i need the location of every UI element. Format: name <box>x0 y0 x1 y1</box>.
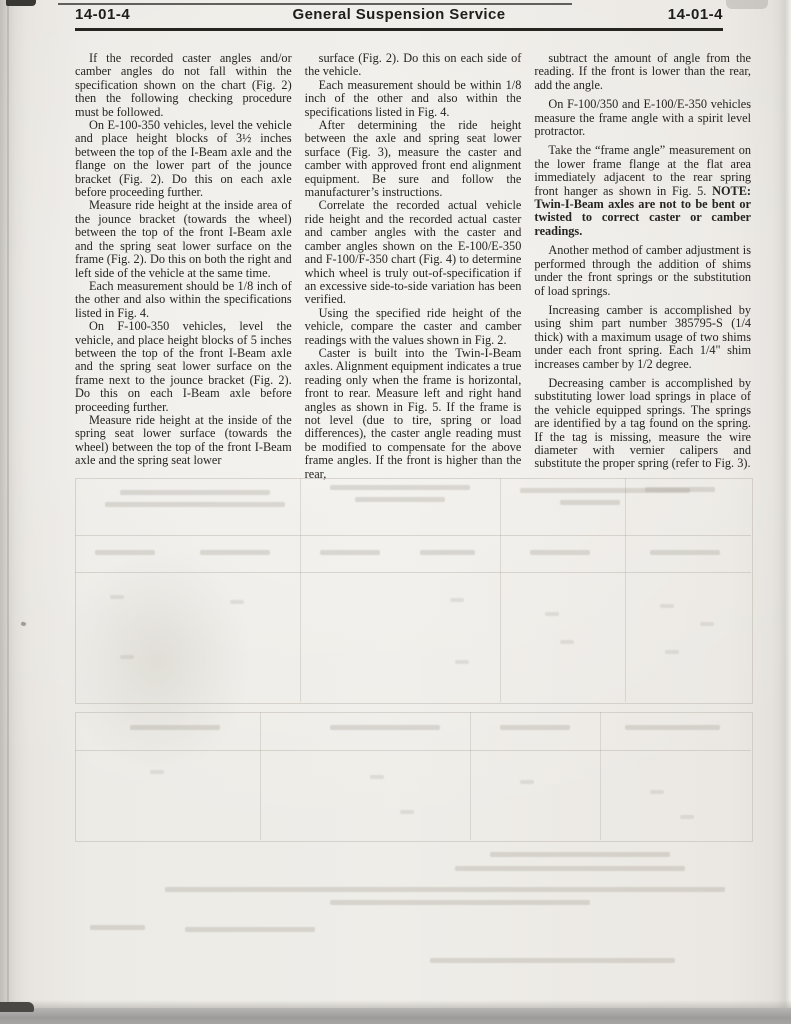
paragraph: On F-100/350 and E-100/E-350 vehicles me… <box>534 98 751 138</box>
scan-left-edge <box>0 0 26 1024</box>
page-bottom-shadow <box>0 1000 791 1008</box>
text-column-1: If the recorded caster angles and/or cam… <box>75 52 292 481</box>
paragraph: Increasing camber is accomplished by usi… <box>534 304 751 371</box>
paragraph: subtract the amount of angle from the re… <box>534 52 751 92</box>
page-number-left: 14-01-4 <box>75 6 130 23</box>
text-column-3: subtract the amount of angle from the re… <box>534 52 751 481</box>
scan-bottom-corner-mark <box>0 1002 34 1012</box>
paragraph: Each measurement should be within 1/8 in… <box>305 79 522 119</box>
note-bold-text: NOTE: Twin-I-Beam axles are not to be be… <box>534 184 751 238</box>
paragraph: On E-100-350 vehicles, level the vehicle… <box>75 119 292 199</box>
scan-right-edge <box>771 0 791 1024</box>
page-title: General Suspension Service <box>293 6 506 23</box>
page-number-right: 14-01-4 <box>668 6 723 23</box>
scan-left-edge-line <box>7 0 9 1024</box>
body-text: If the recorded caster angles and/or cam… <box>75 52 751 481</box>
paragraph: Measure ride height at the inside of the… <box>75 414 292 468</box>
paragraph: Caster is built into the Twin-I-Beam axl… <box>305 347 522 481</box>
paragraph: Take the “frame angle” measurement on th… <box>534 144 751 238</box>
scan-top-right-smudge <box>726 0 768 9</box>
paragraph: If the recorded caster angles and/or cam… <box>75 52 292 119</box>
paragraph: On F-100-350 vehicles, level the vehicle… <box>75 320 292 414</box>
page-header: 14-01-4 General Suspension Service 14-01… <box>75 6 723 31</box>
paragraph: surface (Fig. 2). Do this on each side o… <box>305 52 522 79</box>
text-column-2: surface (Fig. 2). Do this on each side o… <box>305 52 522 481</box>
scan-top-rule <box>58 3 572 5</box>
paragraph: Decreasing camber is accomplished by sub… <box>534 377 751 471</box>
paragraph: Measure ride height at the inside area o… <box>75 199 292 279</box>
paragraph: Another method of camber adjustment is p… <box>534 244 751 298</box>
scanner-bottom-bar <box>0 1008 791 1024</box>
scan-corner-mark <box>6 0 36 6</box>
paragraph: Each measurement should be 1/8 inch of t… <box>75 280 292 320</box>
paragraph: After determining the ride height betwee… <box>305 119 522 199</box>
paragraph: Correlate the recorded actual vehicle ri… <box>305 199 522 306</box>
paragraph: Using the specified ride height of the v… <box>305 307 522 347</box>
